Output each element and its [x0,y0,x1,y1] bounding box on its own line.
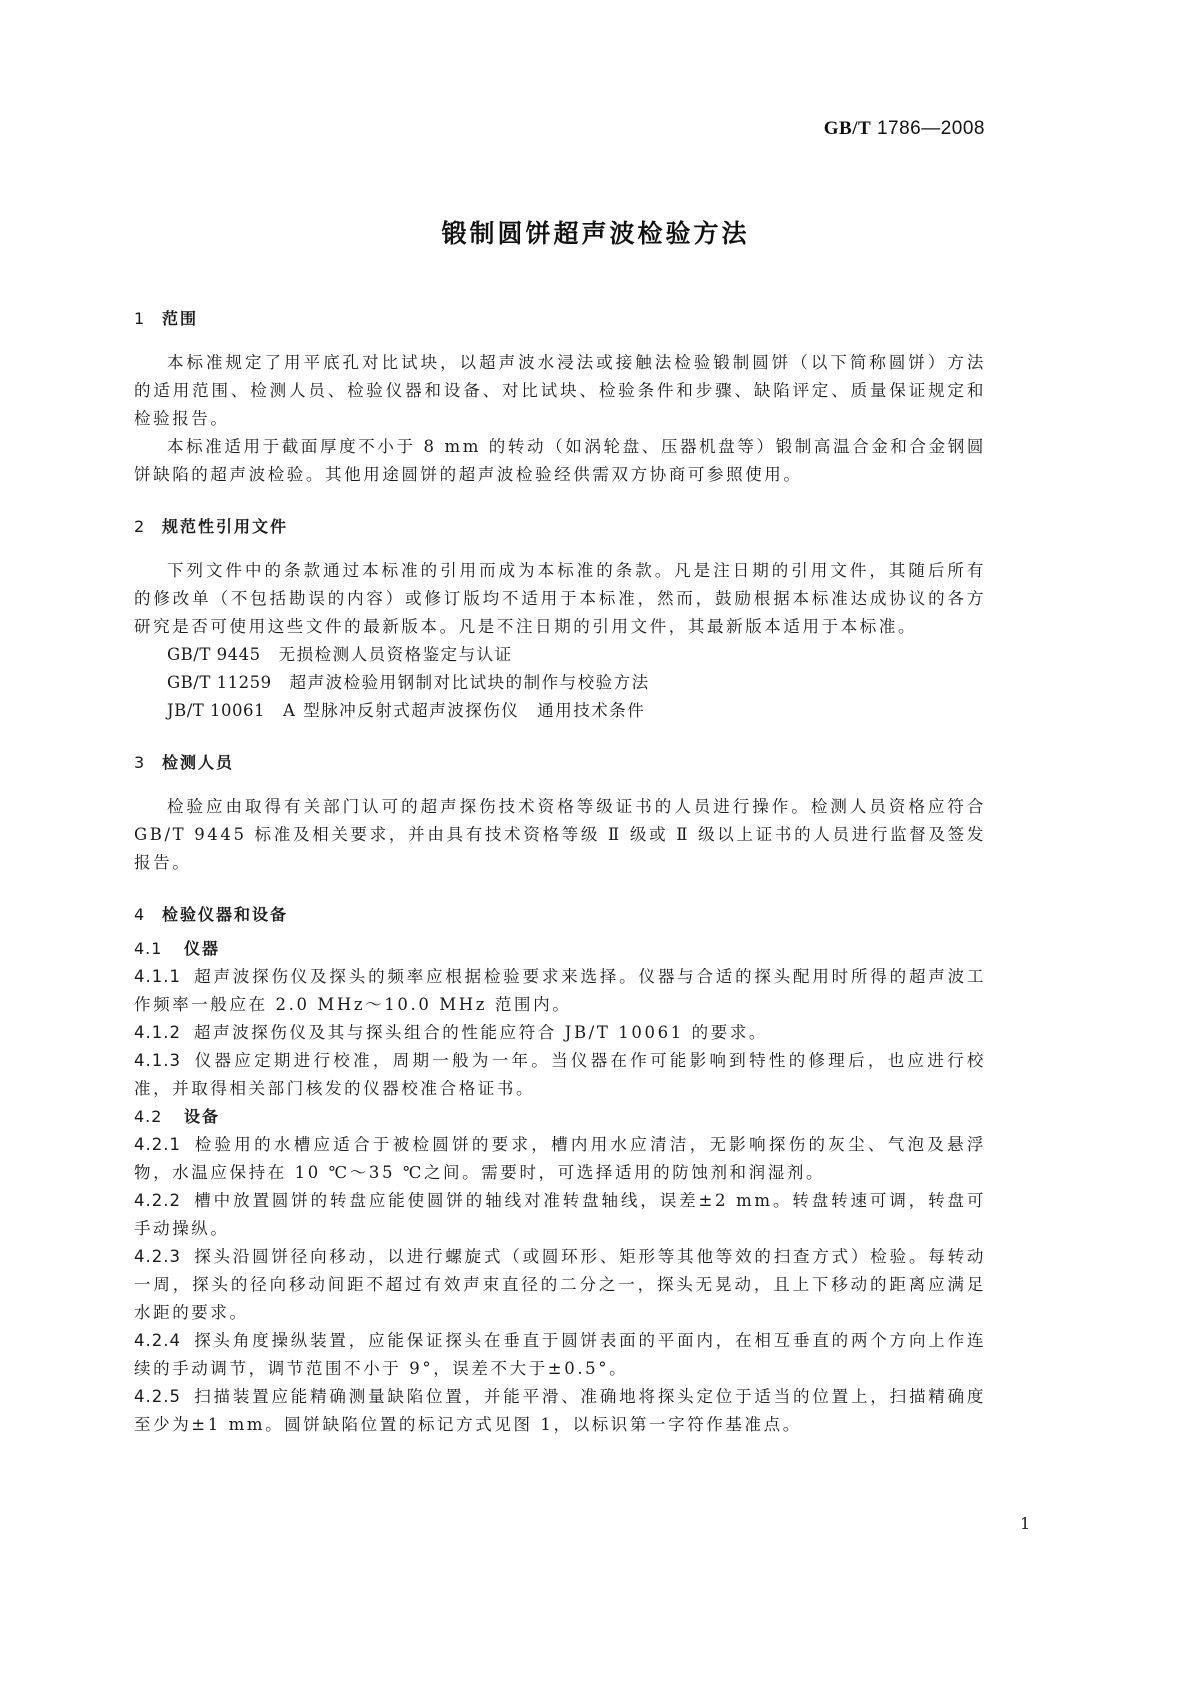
section-heading-2: 2规范性引用文件 [134,513,986,541]
paragraph: 下列文件中的条款通过本标准的引用而成为本标准的条款。凡是注日期的引用文件，其随后… [134,557,986,641]
reference-code: GB/T 9445 [167,641,261,669]
subsection-heading-4-1: 4.1仪器 [134,935,986,963]
section-heading-3: 3检测人员 [134,749,986,777]
clause-number: 4.2.1 [134,1131,194,1159]
clause-text: 检验用的水槽应适合于被检圆饼的要求，槽内用水应清洁，无影响探伤的灰尘、气泡及悬浮… [134,1135,986,1182]
clause-text: 扫描装置应能精确测量缺陷位置，并能平滑、准确地将探头定位于适当的位置上，扫描精确… [134,1387,986,1434]
clause-number: 4.1.1 [134,963,194,991]
section-number: 3 [134,749,162,777]
clause-4-2-2: 4.2.2槽中放置圆饼的转盘应能使圆饼的轴线对准转盘轴线，误差±2 mm。转盘转… [134,1187,986,1243]
section-title: 规范性引用文件 [162,517,288,536]
clause-text: 探头沿圆饼径向移动，以进行螺旋式（或圆环形、矩形等其他等效的扫查方式）检验。每转… [134,1247,986,1322]
clause-text: 仪器应定期进行校准，周期一般为一年。当仪器在作可能影响到特性的修理后，也应进行校… [134,1051,986,1098]
reference-item: JB/T 10061A 型脉冲反射式超声波探伤仪 通用技术条件 [134,697,986,725]
standard-code: GB/T 1786—2008 [824,118,985,140]
reference-title: 超声波检验用钢制对比试块的制作与校验方法 [290,673,650,692]
standard-number: 1786—2008 [877,118,985,139]
clause-4-1-2: 4.1.2超声波探伤仪及其与探头组合的性能应符合 JB/T 10061 的要求。 [134,1019,986,1047]
clause-text: 槽中放置圆饼的转盘应能使圆饼的轴线对准转盘轴线，误差±2 mm。转盘转速可调，转… [134,1191,986,1238]
reference-list: GB/T 9445无损检测人员资格鉴定与认证 GB/T 11259超声波检验用钢… [134,641,986,725]
document-title: 锻制圆饼超声波检验方法 [0,214,1191,250]
clause-text: 超声波探伤仪及探头的频率应根据检验要求来选择。仪器与合适的探头配用时所得的超声波… [134,967,986,1014]
section-title: 范围 [162,309,198,328]
section-title: 检测人员 [162,753,234,772]
reference-item: GB/T 11259超声波检验用钢制对比试块的制作与校验方法 [134,669,986,697]
clause-text: 探头角度操纵装置，应能保证探头在垂直于圆饼表面的平面内，在相互垂直的两个方向上作… [134,1331,986,1378]
reference-item: GB/T 9445无损检测人员资格鉴定与认证 [134,641,986,669]
subsection-number: 4.1 [134,935,184,963]
clause-number: 4.2.5 [134,1383,194,1411]
clause-number: 4.2.4 [134,1327,194,1355]
section-title: 检验仪器和设备 [162,905,288,924]
subsection-title: 设备 [184,1107,220,1126]
section-number: 2 [134,513,162,541]
page-number: 1 [1020,1514,1030,1533]
standard-prefix: GB/T [824,118,871,139]
reference-code: GB/T 11259 [167,669,272,697]
clause-4-2-1: 4.2.1检验用的水槽应适合于被检圆饼的要求，槽内用水应清洁，无影响探伤的灰尘、… [134,1131,986,1187]
section-heading-4: 4检验仪器和设备 [134,901,986,929]
clause-number: 4.2.2 [134,1187,194,1215]
clause-4-2-4: 4.2.4探头角度操纵装置，应能保证探头在垂直于圆饼表面的平面内，在相互垂直的两… [134,1327,986,1383]
clause-4-2-5: 4.2.5扫描装置应能精确测量缺陷位置，并能平滑、准确地将探头定位于适当的位置上… [134,1383,986,1439]
subsection-heading-4-2: 4.2设备 [134,1103,986,1131]
section-number: 4 [134,901,162,929]
paragraph: 本标准规定了用平底孔对比试块，以超声波水浸法或接触法检验锻制圆饼（以下简称圆饼）… [134,349,986,433]
clause-number: 4.1.3 [134,1047,194,1075]
clause-4-2-3: 4.2.3探头沿圆饼径向移动，以进行螺旋式（或圆环形、矩形等其他等效的扫查方式）… [134,1243,986,1327]
reference-title: 无损检测人员资格鉴定与认证 [279,645,513,664]
section-heading-1: 1范围 [134,305,986,333]
document-body: 1范围 本标准规定了用平底孔对比试块，以超声波水浸法或接触法检验锻制圆饼（以下简… [134,305,986,1439]
clause-4-1-3: 4.1.3仪器应定期进行校准，周期一般为一年。当仪器在作可能影响到特性的修理后，… [134,1047,986,1103]
clause-4-1-1: 4.1.1超声波探伤仪及探头的频率应根据检验要求来选择。仪器与合适的探头配用时所… [134,963,986,1019]
subsection-title: 仪器 [184,939,220,958]
clause-number: 4.1.2 [134,1019,194,1047]
paragraph: 本标准适用于截面厚度不小于 8 mm 的转动（如涡轮盘、压器机盘等）锻制高温合金… [134,433,986,489]
clause-number: 4.2.3 [134,1243,194,1271]
reference-code: JB/T 10061 [167,697,265,725]
clause-text: 超声波探伤仪及其与探头组合的性能应符合 JB/T 10061 的要求。 [194,1023,768,1042]
paragraph: 检验应由取得有关部门认可的超声探伤技术资格等级证书的人员进行操作。检测人员资格应… [134,793,986,877]
reference-title: A 型脉冲反射式超声波探伤仪 通用技术条件 [283,701,645,720]
subsection-number: 4.2 [134,1103,184,1131]
section-number: 1 [134,305,162,333]
